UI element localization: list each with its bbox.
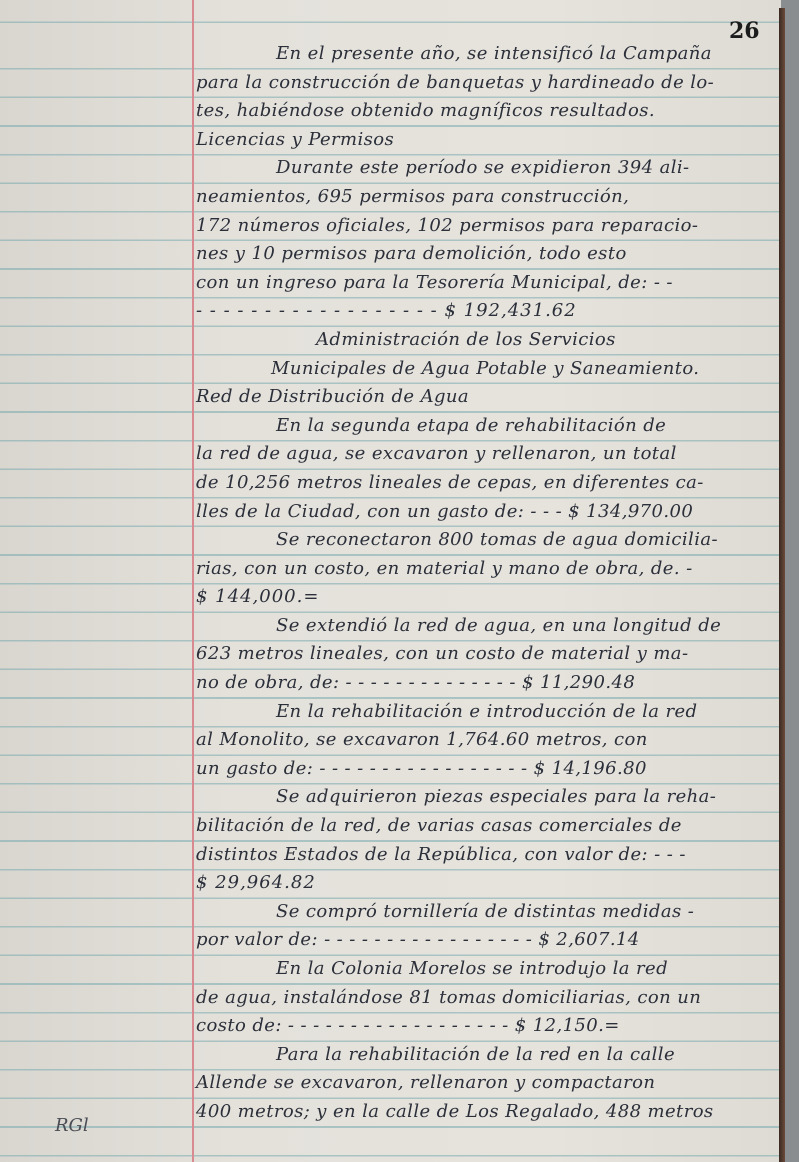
text-line: En la rehabilitación e introducción de l… bbox=[196, 698, 781, 727]
text-line: bilitación de la red, de varias casas co… bbox=[196, 812, 781, 841]
text-line: Se compró tornillería de distintas medid… bbox=[196, 898, 781, 927]
initials-signature: RGl bbox=[55, 1115, 89, 1136]
text-line: rias, con un costo, en material y mano d… bbox=[196, 555, 781, 584]
text-line: En la segunda etapa de rehabilitación de bbox=[196, 412, 781, 441]
amount-line: un gasto de: - - - - - - - - - - - - - -… bbox=[196, 755, 781, 784]
text-line: 400 metros; y en la calle de Los Regalad… bbox=[196, 1098, 781, 1127]
text-line: de agua, instalándose 81 tomas domicilia… bbox=[196, 984, 781, 1013]
amount-line: por valor de: - - - - - - - - - - - - - … bbox=[196, 926, 781, 955]
text-line: En la Colonia Morelos se introdujo la re… bbox=[196, 955, 781, 984]
book-binding-edge bbox=[779, 8, 785, 1162]
text-line: para la construcción de banquetas y hard… bbox=[196, 69, 781, 98]
amount-line: $ 29,964.82 bbox=[196, 869, 781, 898]
red-margin-line bbox=[192, 0, 194, 1162]
amount-line: no de obra, de: - - - - - - - - - - - - … bbox=[196, 669, 781, 698]
amount-line: costo de: - - - - - - - - - - - - - - - … bbox=[196, 1012, 781, 1041]
text-line: 172 números oficiales, 102 permisos para… bbox=[196, 212, 781, 241]
text-line: En el presente año, se intensificó la Ca… bbox=[196, 40, 781, 69]
section-heading-licencias: Licencias y Permisos bbox=[196, 126, 781, 155]
amount-line: $ 144,000.= bbox=[196, 583, 781, 612]
text-line: Allende se excavaron, rellenaron y compa… bbox=[196, 1069, 781, 1098]
section-heading-administracion: Administración de los Servicios bbox=[196, 326, 781, 355]
text-line: Durante este período se expidieron 394 a… bbox=[196, 154, 781, 183]
text-line: al Monolito, se excavaron 1,764.60 metro… bbox=[196, 726, 781, 755]
text-line: Se reconectaron 800 tomas de agua domici… bbox=[196, 526, 781, 555]
ledger-page: 26 En el presente año, se intensificó la… bbox=[0, 0, 781, 1162]
handwritten-text: En el presente año, se intensificó la Ca… bbox=[196, 40, 781, 1127]
text-line: 623 metros lineales, con un costo de mat… bbox=[196, 640, 781, 669]
text-line: con un ingreso para la Tesorería Municip… bbox=[196, 269, 781, 298]
text-line: Se extendió la red de agua, en una longi… bbox=[196, 612, 781, 641]
text-line: nes y 10 permisos para demolición, todo … bbox=[196, 240, 781, 269]
subsection-heading-red-distribucion: Red de Distribución de Agua bbox=[196, 383, 781, 412]
amount-line: - - - - - - - - - - - - - - - - - - $ 19… bbox=[196, 297, 781, 326]
text-line: Para la rehabilitación de la red en la c… bbox=[196, 1041, 781, 1070]
section-heading-municipales: Municipales de Agua Potable y Saneamient… bbox=[196, 355, 781, 384]
text-line: distintos Estados de la República, con v… bbox=[196, 841, 781, 870]
text-line: tes, habiéndose obtenido magníficos resu… bbox=[196, 97, 781, 126]
amount-line: lles de la Ciudad, con un gasto de: - - … bbox=[196, 498, 781, 527]
text-line: de 10,256 metros lineales de cepas, en d… bbox=[196, 469, 781, 498]
text-line: neamientos, 695 permisos para construcci… bbox=[196, 183, 781, 212]
text-line: Se adquirieron piezas especiales para la… bbox=[196, 783, 781, 812]
text-line: la red de agua, se excavaron y rellenaro… bbox=[196, 440, 781, 469]
